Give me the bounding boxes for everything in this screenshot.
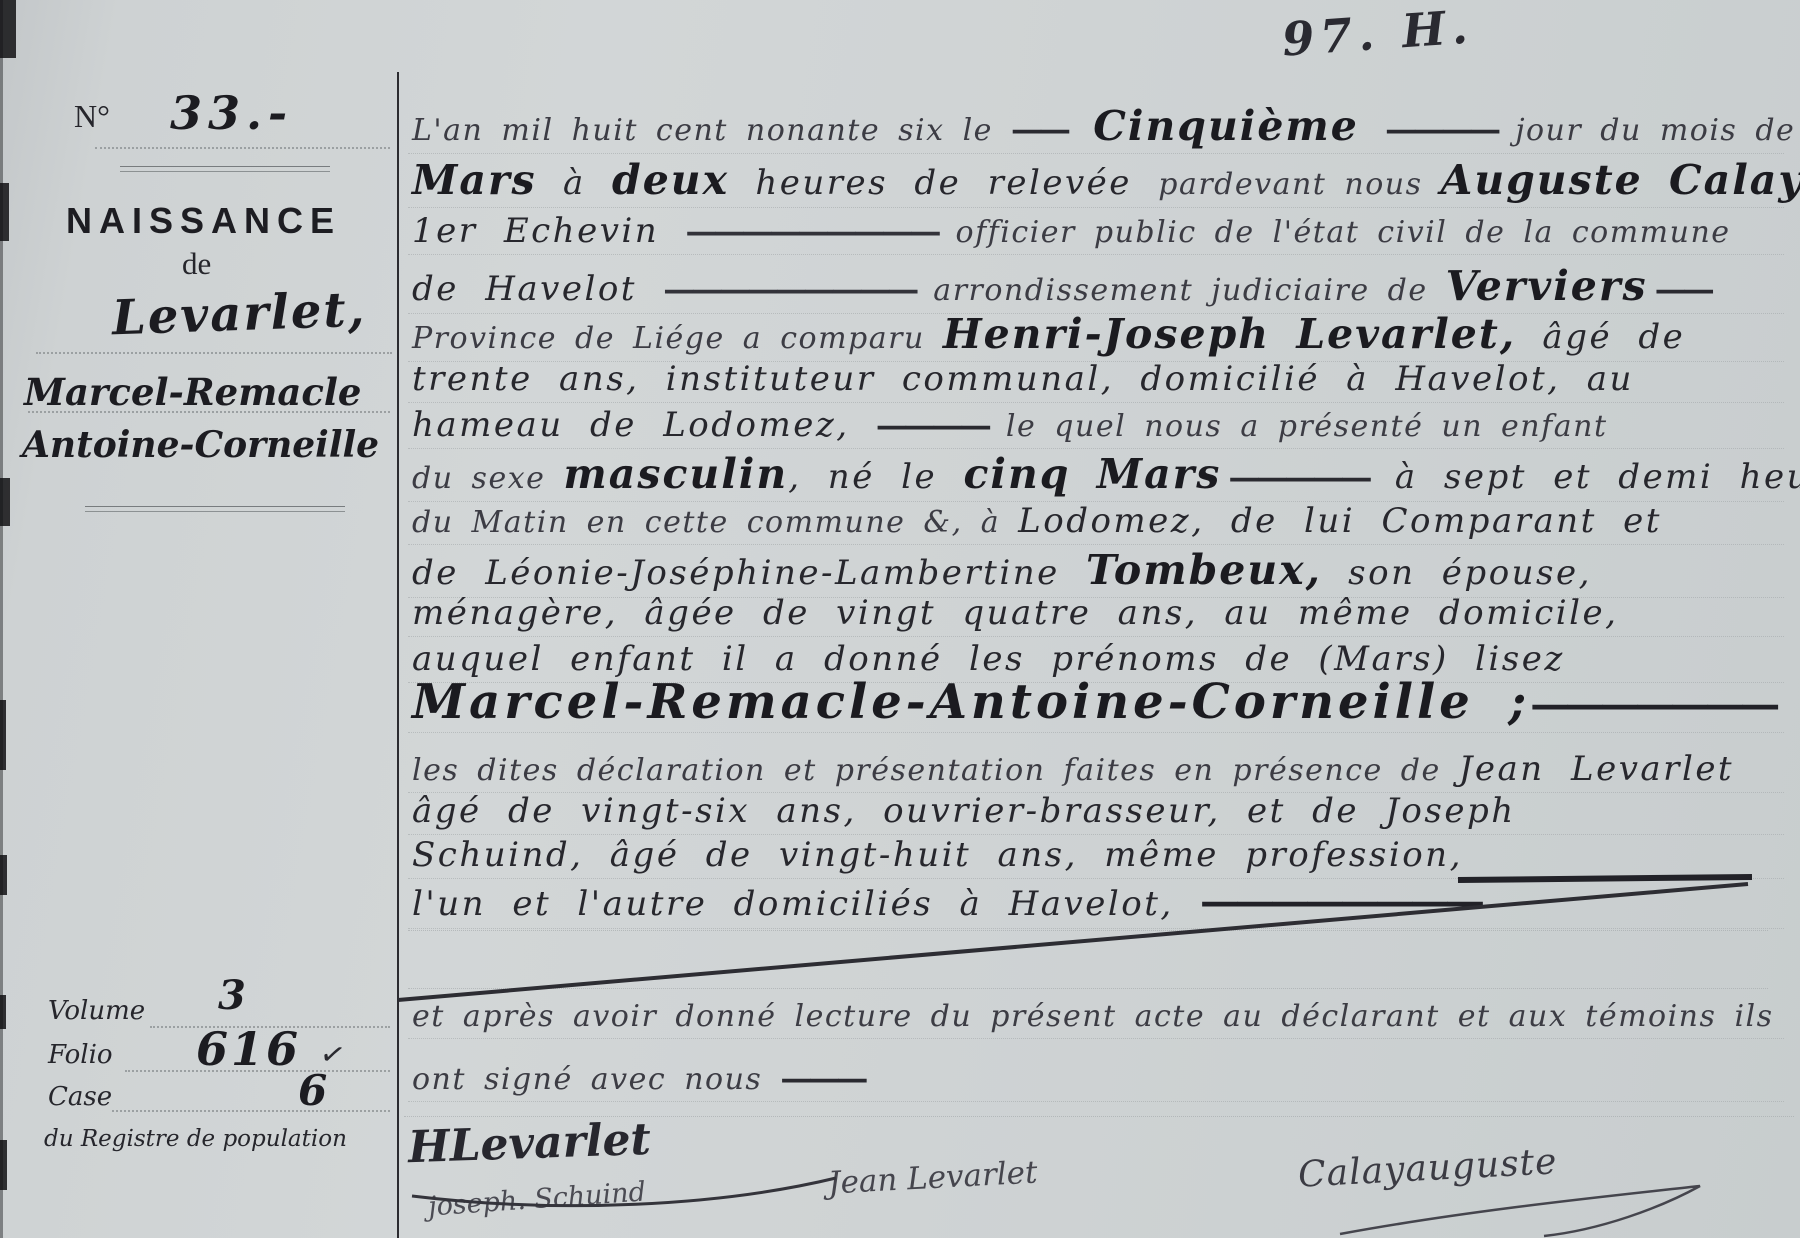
blank-guide-line — [408, 930, 1768, 931]
act-line: de Léonie-Joséphine-Lambertine Tombeux, … — [412, 550, 1790, 591]
pen-dash-stroke: ———— — [1385, 110, 1497, 148]
act-text-segment: jour du mois de — [1497, 113, 1800, 148]
act-text-segment: hameau de Lodomez, — [412, 405, 876, 445]
act-number-value: 33.- — [170, 86, 293, 140]
act-line: de Havelot ————————— arrondissement judi… — [412, 266, 1790, 307]
act-number-label: N° — [74, 98, 110, 135]
margin-dotted-line — [28, 411, 390, 413]
signature-witness-schuind: joseph. Schuind — [427, 1176, 647, 1222]
signature-declarant: HLevarlet — [407, 1114, 651, 1173]
act-text-segment: Schuind, âgé de vingt-huit ans, même pro… — [412, 835, 1463, 875]
scan-artifact — [0, 478, 10, 526]
signature-officer-calay: Calayauguste — [1297, 1141, 1558, 1196]
act-text-segment: les dites déclaration et présentation fa… — [412, 753, 1459, 788]
act-text-segment: ménagère, âgée de vingt quatre ans, au m… — [412, 593, 1618, 633]
folio-label: Folio — [48, 1040, 113, 1070]
pen-dash-stroke: —— — [1648, 270, 1711, 308]
act-text-segment: Marcel-Remacle-Antoine-Corneille ; — [412, 674, 1530, 730]
pen-dash-stroke: ——————— — [1530, 681, 1775, 728]
birth-record-page: 97. H. N° 33.- NAISSANCE de Levarlet, Ma… — [0, 0, 1800, 1238]
act-text-segment: 1er Echevin — [412, 211, 685, 251]
volume-label: Volume — [48, 996, 145, 1026]
act-type-de: de — [182, 246, 211, 282]
pen-dash-stroke: —— — [1011, 110, 1067, 148]
act-text-segment: Verviers — [1446, 262, 1648, 310]
act-text-segment: à sept et demi heures — [1369, 457, 1800, 497]
act-text-segment: l'un et l'autre domiciliés à Havelot, — [412, 884, 1200, 924]
act-text-segment: cinq Mars — [963, 450, 1221, 498]
act-line: Mars à deux heures de relevée pardevant … — [412, 160, 1790, 201]
act-text-segment: Mars — [412, 156, 537, 204]
act-line: auquel enfant il a donné les prénoms de … — [412, 642, 1790, 676]
pen-dash-stroke: ————————— — [685, 212, 937, 250]
margin-double-line — [85, 506, 345, 512]
blank-guide-line — [408, 988, 1768, 989]
margin-dotted-line — [36, 352, 392, 354]
act-text-segment: âgé de vingt-six ans, ouvrier-brasseur, … — [412, 791, 1516, 831]
act-line: Schuind, âgé de vingt-huit ans, même pro… — [412, 838, 1790, 872]
act-line: ménagère, âgée de vingt quatre ans, au m… — [412, 596, 1790, 630]
margin-double-line — [120, 166, 330, 172]
act-text-segment: du sexe — [412, 461, 563, 496]
act-line: l'un et l'autre domiciliés à Havelot, ——… — [412, 882, 1790, 922]
act-line: hameau de Lodomez, ———— le quel nous a p… — [412, 408, 1790, 442]
child-forenames-2: Antoine-Corneille — [22, 424, 379, 466]
scan-artifact — [0, 0, 16, 58]
act-text-segment: pardevant nous — [1158, 167, 1440, 202]
margin-divider-rule — [397, 72, 399, 1238]
act-text-segment: Province de Liége a comparu — [412, 321, 943, 356]
act-text-segment: du Matin en cette commune &, à — [412, 505, 1018, 540]
case-label: Case — [48, 1082, 112, 1112]
act-text-segment: le quel nous a présenté un enfant — [988, 409, 1608, 444]
act-text-segment: et après avoir donné lecture du présent … — [412, 999, 1774, 1034]
act-line: et après avoir donné lecture du présent … — [412, 1002, 1790, 1032]
act-line: ont signé avec nous ——— — [412, 1062, 1790, 1095]
pen-dash-stroke: ———— — [876, 406, 988, 444]
act-text-segment: âgé de — [1516, 317, 1685, 357]
act-text-segment: auquel enfant il a donné les prénoms de … — [412, 639, 1565, 679]
act-text-segment: Cinquième — [1067, 102, 1385, 150]
child-surname: Levarlet, — [111, 282, 367, 347]
act-text-segment: son épouse, — [1322, 553, 1592, 593]
act-text-segment: officier public de l'état civil de la co… — [937, 215, 1730, 250]
act-line: trente ans, instituteur communal, domici… — [412, 362, 1790, 396]
act-text-segment: Tombeux, — [1086, 546, 1322, 594]
act-text-segment: deux — [612, 156, 729, 204]
child-forenames-1: Marcel-Remacle — [24, 370, 361, 414]
scan-artifact — [0, 855, 7, 895]
act-line: du Matin en cette commune &, à Lodomez, … — [412, 504, 1790, 538]
act-line: L'an mil huit cent nonante six le —— Cin… — [412, 106, 1790, 147]
act-text-segment: à — [537, 163, 612, 203]
act-text-segment: masculin — [563, 450, 788, 498]
act-text-segment: Lodomez, de lui Comparant et — [1018, 501, 1662, 541]
act-text-segment: heures de relevée — [729, 163, 1158, 203]
officer-signature-flourish — [1340, 1186, 1700, 1236]
act-text-segment: Henri-Joseph Levarlet, — [943, 310, 1516, 358]
scan-artifact — [0, 183, 9, 241]
act-text-segment: , né le — [788, 457, 963, 497]
scan-artifact — [0, 995, 6, 1029]
act-text-segment: de Léonie-Joséphine-Lambertine — [412, 553, 1086, 593]
act-line: 1er Echevin ————————— officier public de… — [412, 214, 1790, 248]
register-note: du Registre de population — [44, 1126, 347, 1152]
pen-dash-stroke: ——— — [780, 1059, 864, 1097]
registrar-annotation: 97. H. — [1280, 0, 1475, 67]
volume-value: 3 — [218, 972, 246, 1019]
margin-dotted-line — [95, 147, 390, 149]
signature-witness-jean-levarlet: Jean Levarlet — [827, 1155, 1038, 1202]
pen-dash-stroke: ———————— — [1200, 878, 1480, 925]
act-text-segment: L'an mil huit cent nonante six le — [412, 113, 1011, 148]
act-line: Province de Liége a comparu Henri-Joseph… — [412, 314, 1790, 355]
margin-dotted-line — [112, 1110, 390, 1112]
act-line: Marcel-Remacle-Antoine-Corneille ;——————… — [412, 678, 1790, 726]
act-text-segment: trente ans, instituteur communal, domici… — [412, 359, 1634, 399]
act-type-title: NAISSANCE — [66, 200, 341, 242]
act-text-segment: Jean Levarlet — [1459, 749, 1734, 789]
act-line: du sexe masculin, né le cinq Mars ————— … — [412, 454, 1790, 495]
act-line: les dites déclaration et présentation fa… — [412, 752, 1790, 786]
act-text-segment: arrondissement judiciaire de — [915, 273, 1445, 308]
pen-dash-stroke: ————— — [1221, 458, 1368, 496]
scan-artifact — [0, 1140, 7, 1190]
case-value: 6 — [298, 1066, 327, 1115]
act-text-segment: de Havelot — [412, 269, 663, 309]
scan-artifact — [0, 700, 6, 770]
act-line: âgé de vingt-six ans, ouvrier-brasseur, … — [412, 794, 1790, 828]
act-text-segment: ont signé avec nous — [412, 1062, 780, 1097]
pen-dash-stroke: ————————— — [663, 270, 915, 308]
act-text-segment: Auguste Calay, — [1441, 156, 1800, 204]
